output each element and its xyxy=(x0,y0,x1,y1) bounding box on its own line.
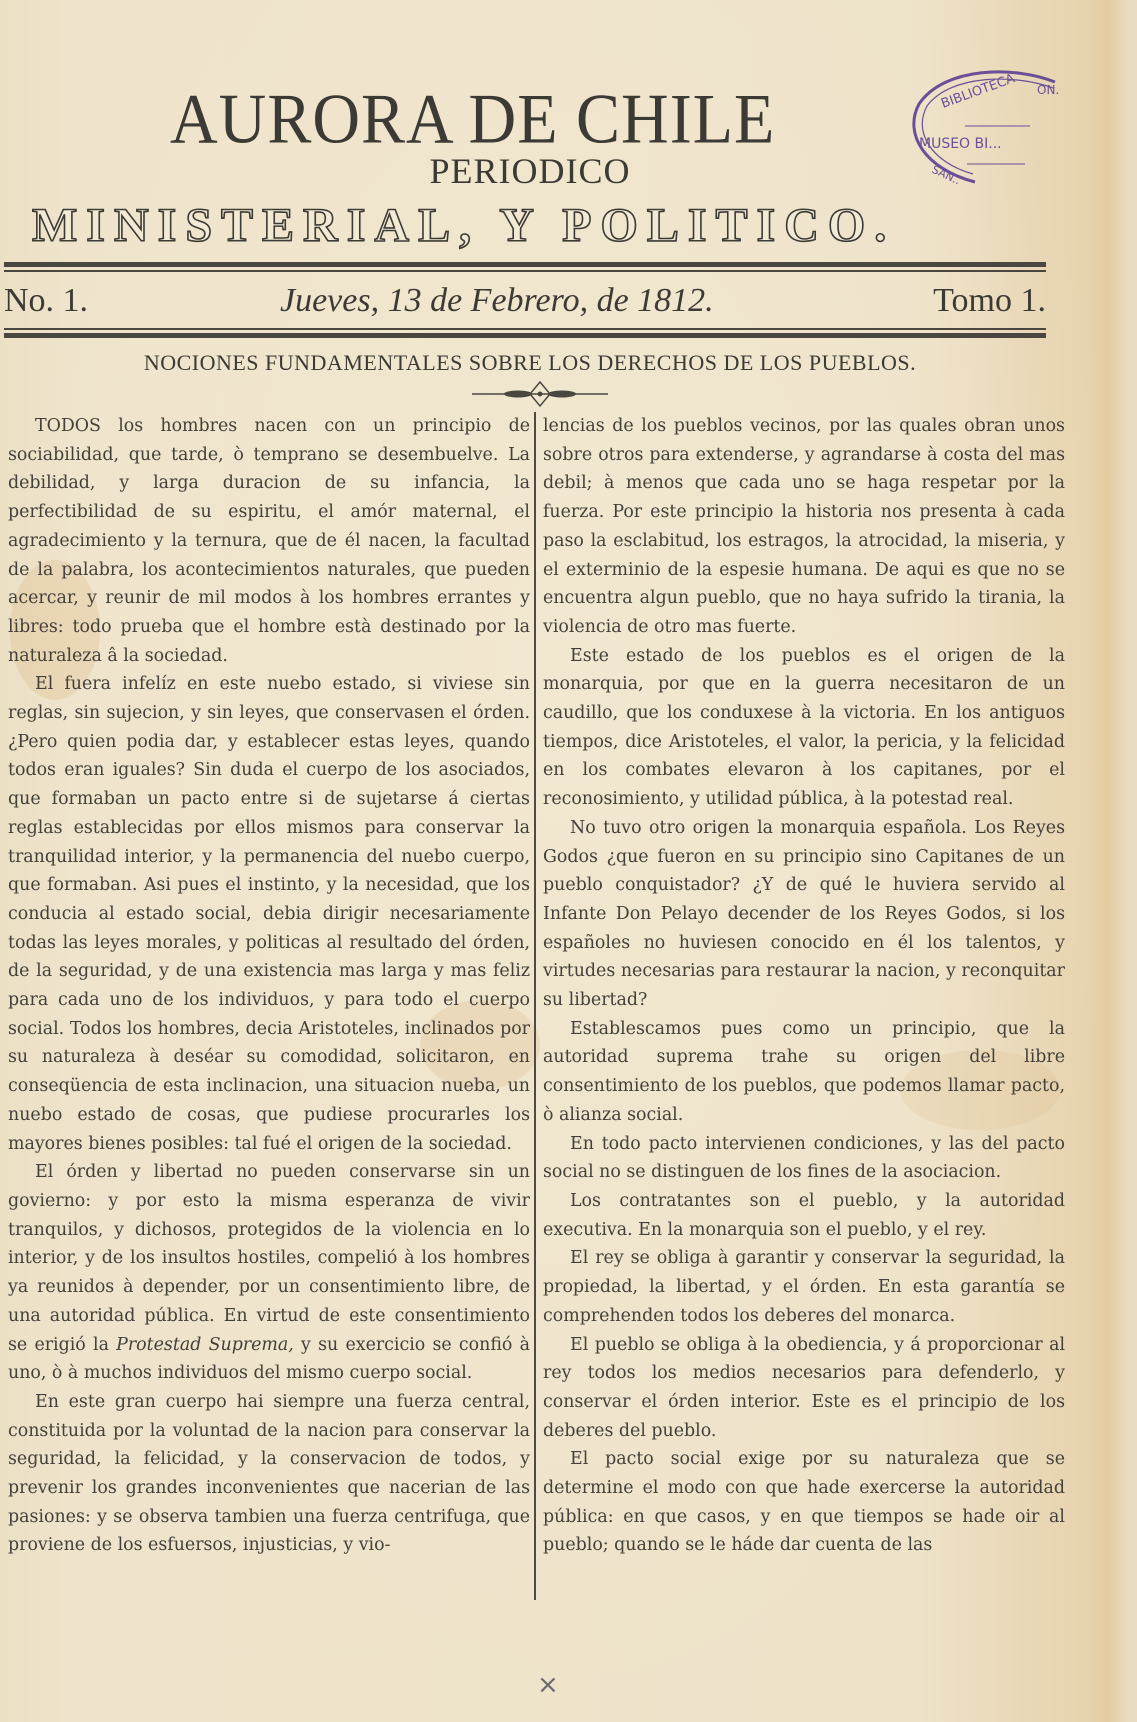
double-rule-top xyxy=(4,262,1046,267)
volume-number: Tomo 1. xyxy=(933,282,1046,320)
paragraph-text: El órden y libertad no pueden conservars… xyxy=(8,1162,530,1354)
masthead-subtitle: PERIODICO xyxy=(0,150,1060,192)
paragraph: El órden y libertad no pueden conservars… xyxy=(8,1158,530,1388)
stamp-bottom-text: SAN... xyxy=(930,163,966,184)
stamp-top-right: ON. xyxy=(1037,83,1059,97)
paragraph-continuation: lencias de los pueblos vecinos, por las … xyxy=(543,412,1065,642)
stamp-top-text: BIBLIOTECA xyxy=(939,71,1017,112)
paragraph: Los contratantes son el pueblo, y la aut… xyxy=(543,1187,1065,1244)
masthead-tagline: MINISTERIAL, Y POLITICO. xyxy=(32,198,1032,253)
paragraph: No tuvo otro origen la monarquia español… xyxy=(543,814,1065,1015)
masthead-title: AURORA DE CHILE xyxy=(170,79,870,161)
paragraph: El pueblo se obliga à la obediencia, y á… xyxy=(543,1331,1065,1446)
paragraph: El fuera infelíz en este nuebo estado, s… xyxy=(8,670,530,1158)
issue-date: Jueves, 13 de Febrero, de 1812. xyxy=(280,282,714,320)
fleuron-divider-icon xyxy=(470,380,610,408)
double-rule-bottom xyxy=(4,333,1046,338)
article-title: NOCIONES FUNDAMENTALES SOBRE LOS DERECHO… xyxy=(0,350,1060,376)
left-column: TODOS los hombres nacen con un principio… xyxy=(8,412,530,1560)
italic-phrase: Protestad Suprema, xyxy=(116,1335,294,1355)
paragraph: El rey se obliga à garantir y conservar … xyxy=(543,1244,1065,1330)
page-edge-shadow xyxy=(1089,0,1137,1722)
newspaper-page: AURORA DE CHILE PERIODICO MINISTERIAL, Y… xyxy=(0,0,1137,1722)
footer-x-mark: × xyxy=(537,1670,559,1700)
paragraph: En todo pacto intervienen condiciones, y… xyxy=(543,1130,1065,1187)
double-rule-bottom-thin xyxy=(4,328,1046,330)
paragraph: En este gran cuerpo hai siempre una fuer… xyxy=(8,1388,530,1560)
stamp-middle-text: MUSEO BI... xyxy=(919,136,1002,152)
paragraph: El pacto social exige por su naturaleza … xyxy=(543,1445,1065,1560)
dateline: No. 1. Jueves, 13 de Febrero, de 1812. T… xyxy=(4,278,1046,326)
paragraph: TODOS los hombres nacen con un principio… xyxy=(8,412,530,670)
paragraph: Este estado de los pueblos es el origen … xyxy=(543,642,1065,814)
paragraph: Establescamos pues como un principio, qu… xyxy=(543,1015,1065,1130)
right-column: lencias de los pueblos vecinos, por las … xyxy=(543,412,1065,1560)
double-rule-top-thin xyxy=(4,270,1046,272)
issue-number: No. 1. xyxy=(4,282,88,320)
column-divider xyxy=(534,412,536,1600)
library-stamp-icon: BIBLIOTECA ON. MUSEO BI... SAN... xyxy=(905,64,1080,184)
